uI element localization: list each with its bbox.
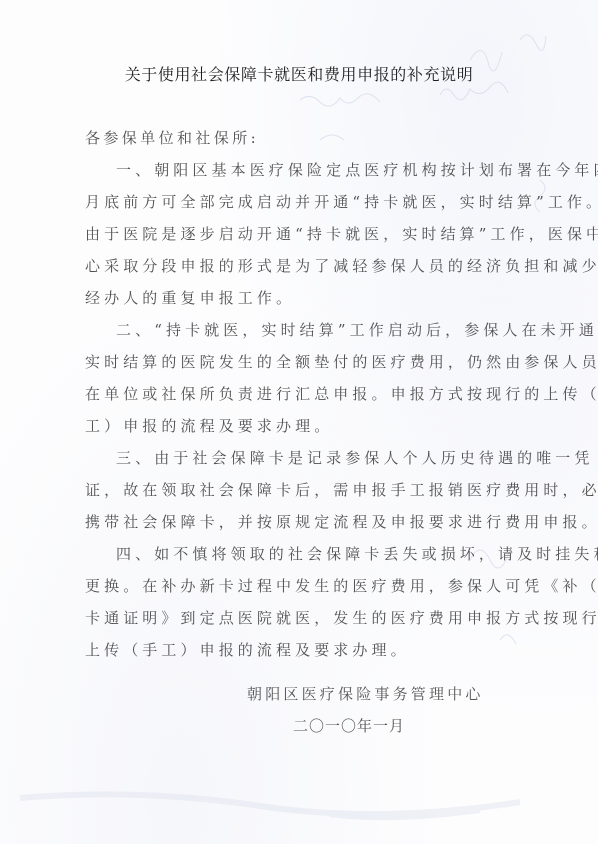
scanned-document-page: 关于使用社会保障卡就医和费用申报的补充说明 各参保单位和社保所: 一、朝阳区基本… (0, 0, 598, 844)
paragraph-line: 由于医院是逐步启动开通“持卡就医，实时结算”工作，医保中 (85, 218, 525, 250)
paragraph-line: 上传（手工）申报的流程及要求办理。 (85, 634, 525, 666)
signature-date: 二〇一〇年一月 (293, 715, 405, 736)
paragraph-line: 卡通证明》到定点医院就医，发生的医疗费用申报方式按现行的 (85, 602, 525, 634)
paragraph-4: 四、如不慎将领取的社会保障卡丢失或损坏，请及时挂失和 更换。在补办新卡过程中发生… (85, 538, 525, 666)
paragraph-line: 四、如不慎将领取的社会保障卡丢失或损坏，请及时挂失和 (85, 538, 525, 570)
salutation: 各参保单位和社保所: (85, 122, 525, 154)
paragraph-line: 证，故在领取社会保障卡后，需申报手工报销医疗费用时，必须 (85, 474, 525, 506)
signature-organization: 朝阳区医疗保险事务管理中心 (247, 683, 484, 704)
paragraph-line: 在单位或社保所负责进行汇总申报。申报方式按现行的上传（手 (85, 378, 525, 410)
paragraph-line: 更换。在补办新卡过程中发生的医疗费用，参保人可凭《补（换） (85, 570, 525, 602)
paragraph-line: 携带社会保障卡，并按原规定流程及申报要求进行费用申报。 (85, 506, 525, 538)
paragraph-line: 三、由于社会保障卡是记录参保人个人历史待遇的唯一凭 (85, 442, 525, 474)
paragraph-line: 二、“持卡就医，实时结算”工作启动后，参保人在未开通 (85, 314, 525, 346)
paragraph-2: 二、“持卡就医，实时结算”工作启动后，参保人在未开通 实时结算的医院发生的全额垫… (85, 314, 525, 442)
paragraph-3: 三、由于社会保障卡是记录参保人个人历史待遇的唯一凭 证，故在领取社会保障卡后，需… (85, 442, 525, 538)
paragraph-line: 经办人的重复申报工作。 (85, 282, 525, 314)
paragraph-line: 一、朝阳区基本医疗保险定点医疗机构按计划布署在今年四 (85, 154, 525, 186)
paragraph-line: 心采取分段申报的形式是为了减轻参保人员的经济负担和减少 (85, 250, 525, 282)
paragraph-line: 实时结算的医院发生的全额垫付的医疗费用，仍然由参保人员所 (85, 346, 525, 378)
paragraph-line: 工）申报的流程及要求办理。 (85, 410, 525, 442)
document-title: 关于使用社会保障卡就医和费用申报的补充说明 (0, 62, 598, 85)
paragraph-1: 一、朝阳区基本医疗保险定点医疗机构按计划布署在今年四 月底前方可全部完成启动并开… (85, 154, 525, 314)
document-body: 各参保单位和社保所: 一、朝阳区基本医疗保险定点医疗机构按计划布署在今年四 月底… (85, 122, 525, 666)
paragraph-line: 月底前方可全部完成启动并开通“持卡就医，实时结算”工作。 (85, 186, 525, 218)
